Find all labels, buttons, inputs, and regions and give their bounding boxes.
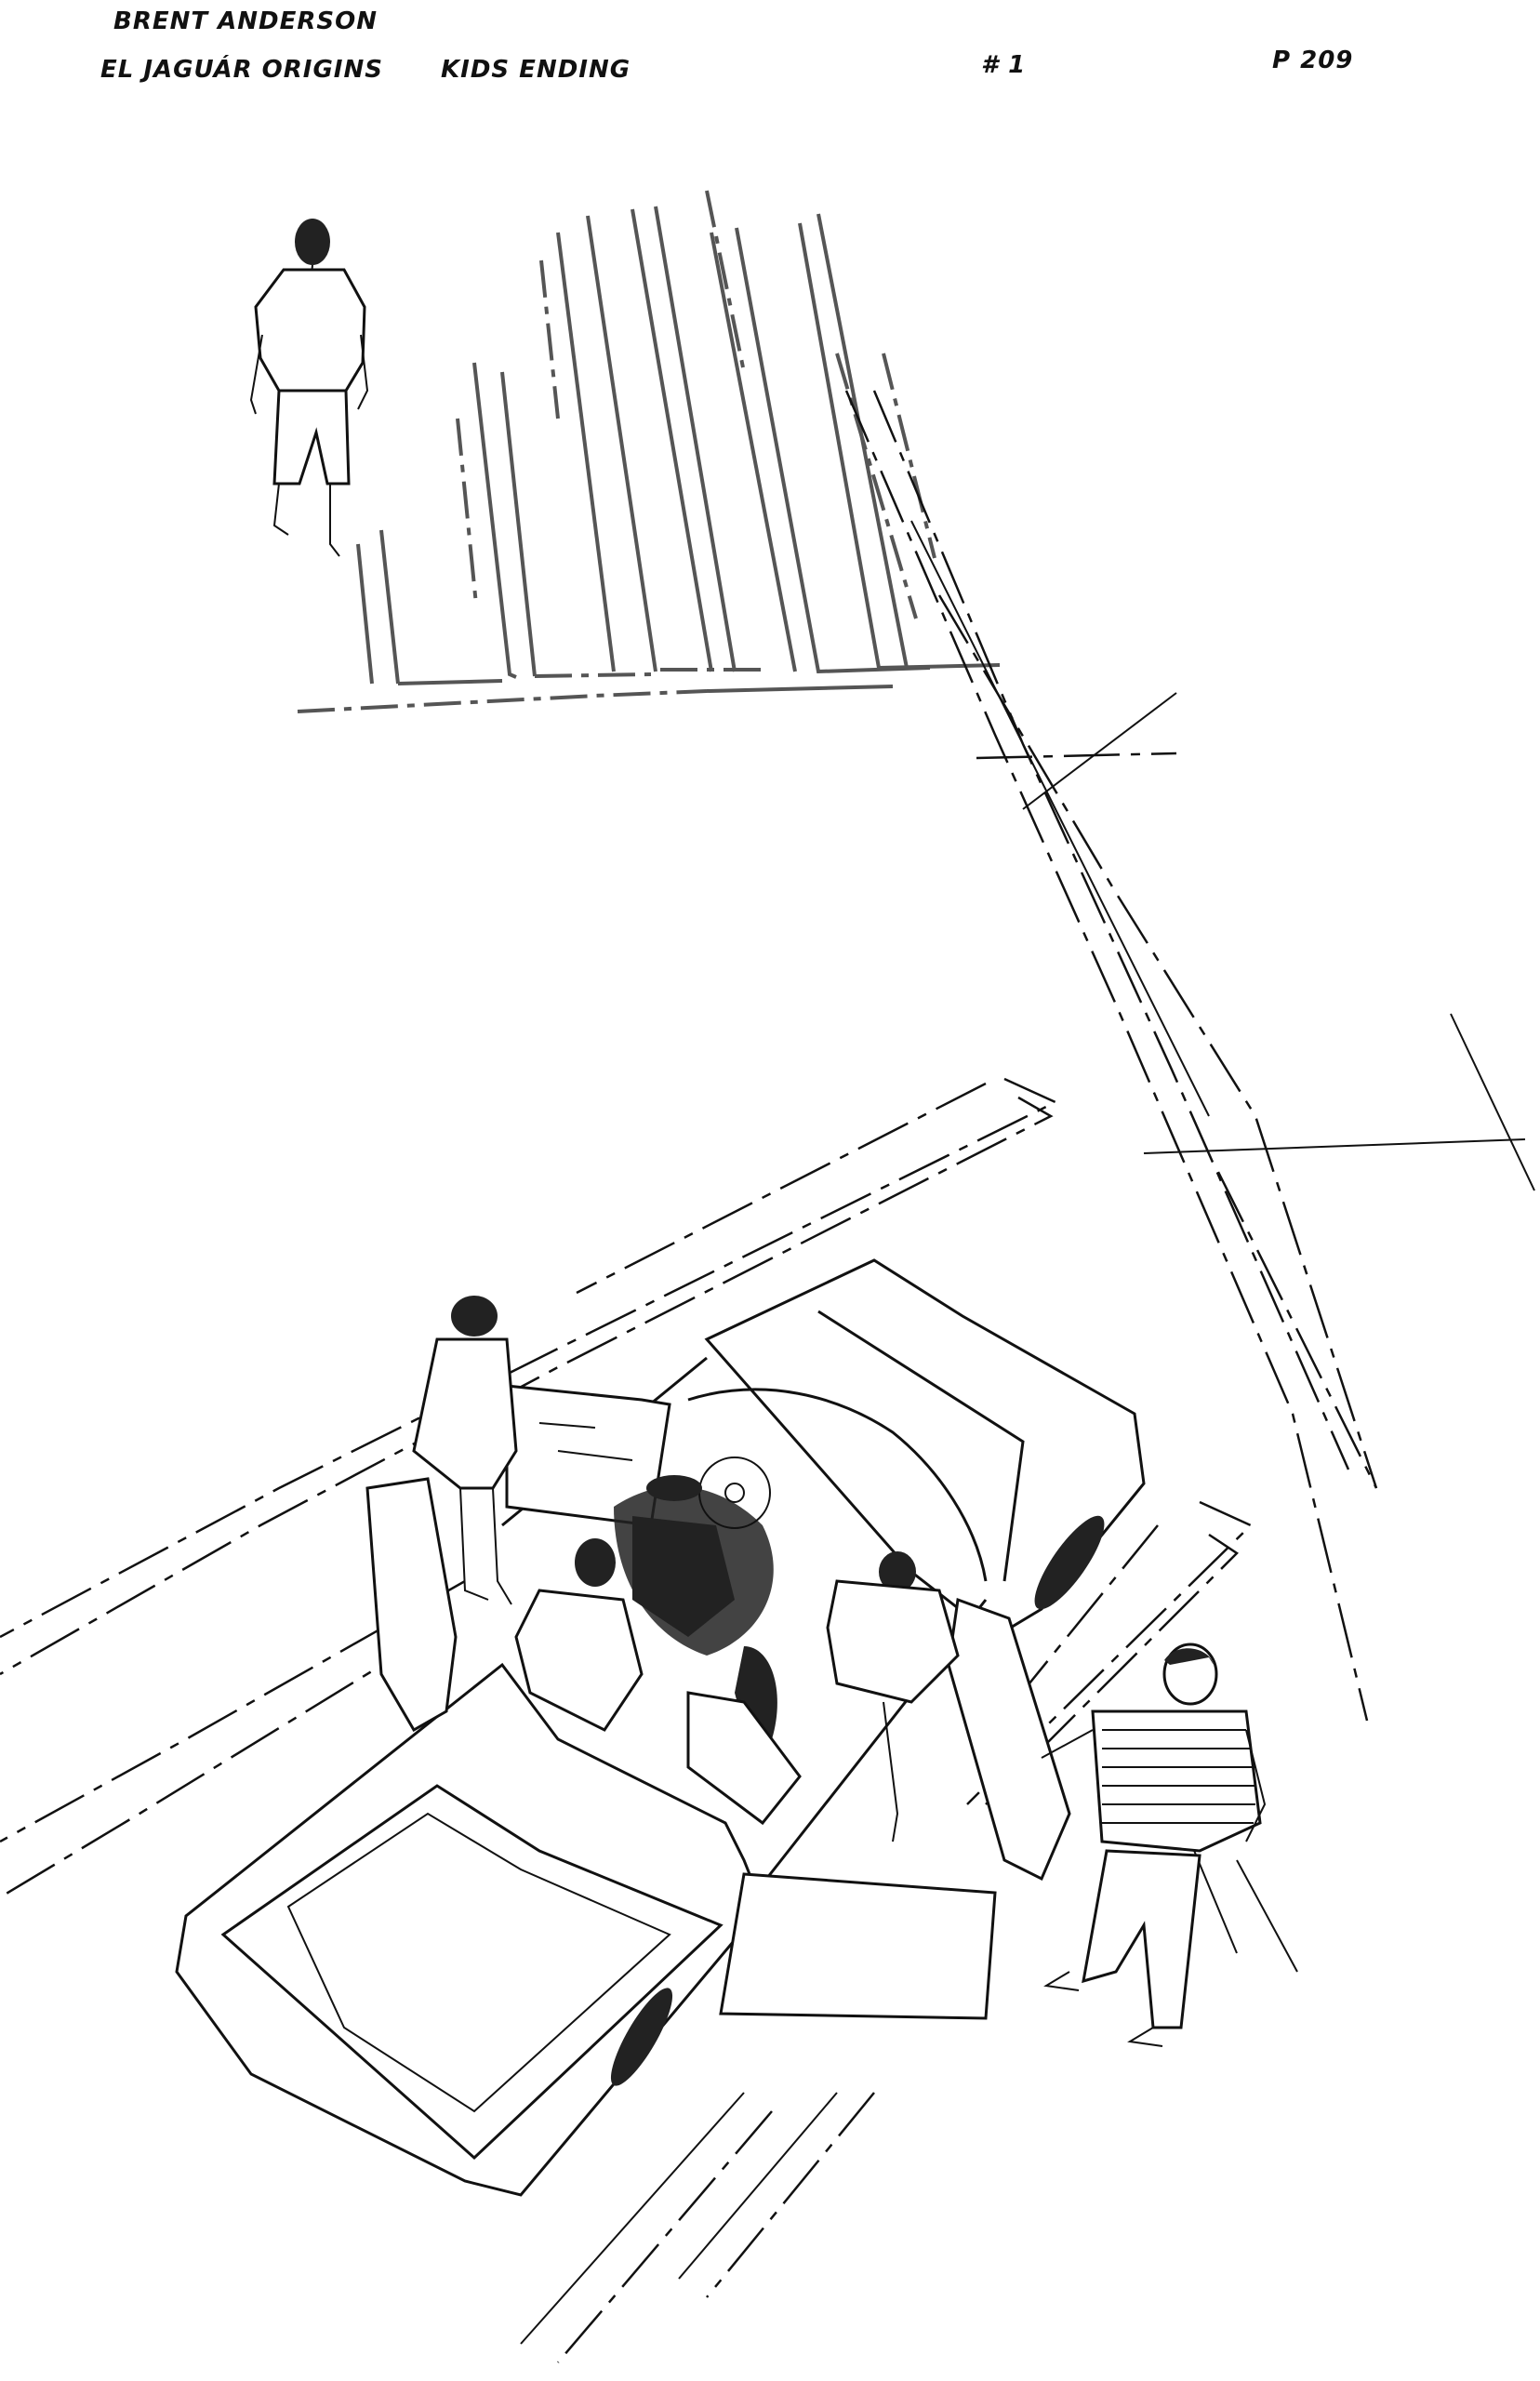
convertible-car [177,1260,1144,2195]
upper-crosswalk [298,191,1000,712]
comic-artwork [0,0,1540,2381]
woman-walking-figure [251,219,367,556]
